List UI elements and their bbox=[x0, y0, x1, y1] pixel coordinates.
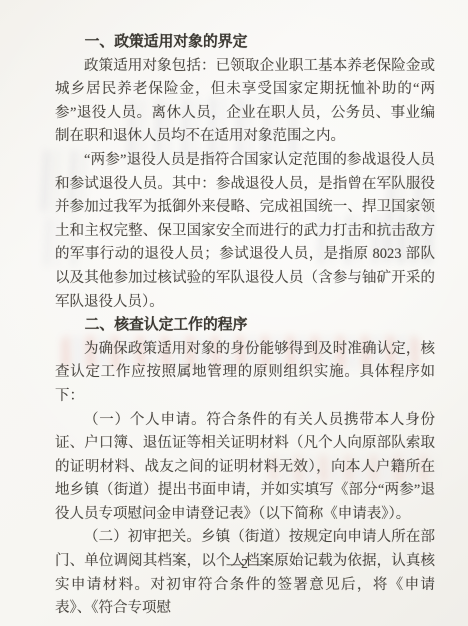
section-heading-2: 二、核查认定工作的程序 bbox=[55, 314, 435, 338]
paragraph-step-2-preliminary-review: （二）初审把关。乡镇（街道）按规定向申请人所在部门、单位调阅其档案，以个人档案原… bbox=[55, 526, 435, 620]
paragraph-policy-scope: 政策适用对象包括：已领取企业职工基本养老保险金或城乡居民养老保险金，但未享受国家… bbox=[55, 55, 435, 149]
section-heading-1: 一、政策适用对象的界定 bbox=[55, 31, 435, 55]
paragraph-procedure-intro: 为确保政策适用对象的身份能够得到及时准确认定，核查认定工作应按照属地管理的原则组… bbox=[55, 338, 435, 409]
scanned-document-page: 一、政策适用对象的界定 政策适用对象包括：已领取企业职工基本养老保险金或城乡居民… bbox=[0, 0, 468, 626]
page-number: —2— bbox=[55, 556, 435, 572]
paragraph-liangcan-definition: “两参”退役人员是指符合国家认定范围的参战退役人员和参试退役人员。其中：参战退役… bbox=[55, 149, 435, 314]
paragraph-step-1-personal-application: （一）个人申请。符合条件的有关人员携带本人身份证、户口簿、退伍证等相关证明材料（… bbox=[55, 409, 435, 527]
document-body: 一、政策适用对象的界定 政策适用对象包括：已领取企业职工基本养老保险金或城乡居民… bbox=[55, 31, 435, 621]
